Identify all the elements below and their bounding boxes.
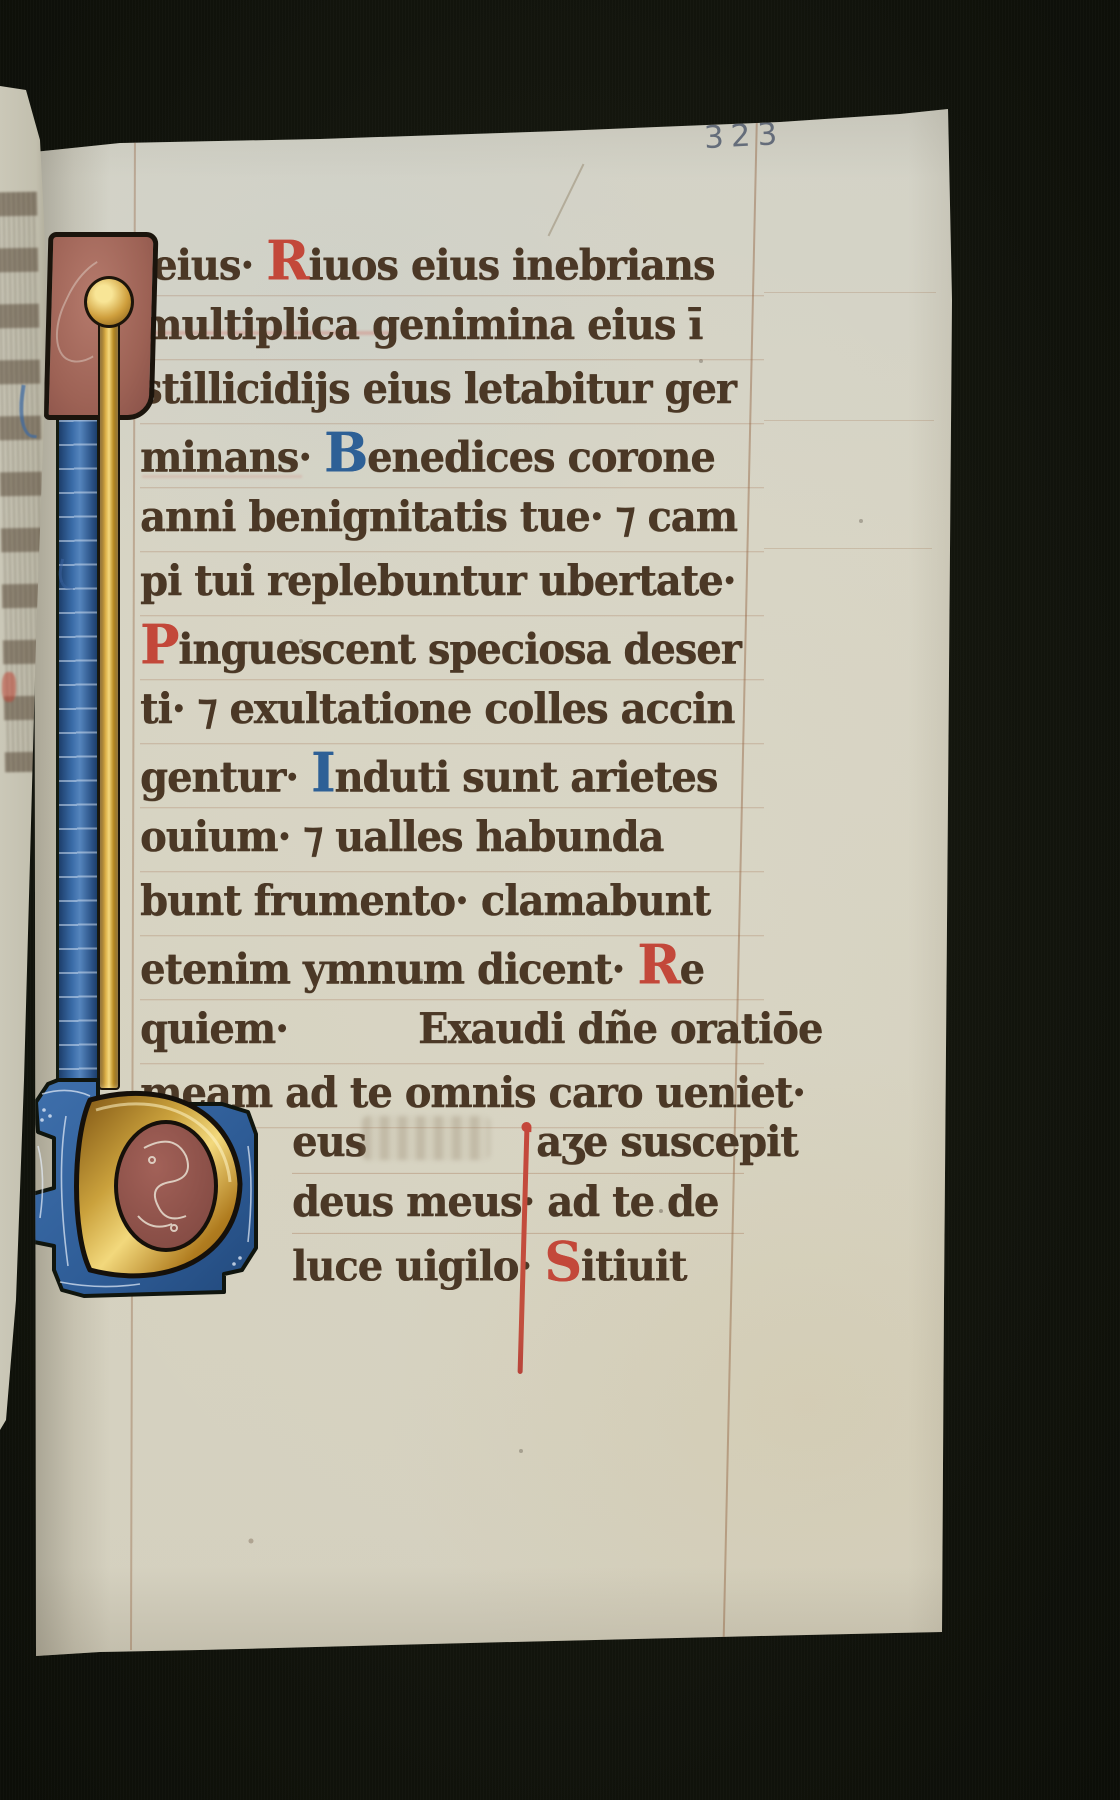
manuscript-text-line: ouium· ⁊ ualles habunda [140, 804, 764, 872]
text-run: pi tui replebuntur ubertate· [140, 556, 735, 605]
manuscript-text-line: Pinguescent speciosa deser [140, 612, 764, 680]
manuscript-text-line: anni benignitatis tue· ⁊ cam [140, 484, 764, 552]
text-run: ouium· ⁊ ualles habunda [140, 812, 663, 861]
manuscript-text-line: etenim ymnum dicent· Re [140, 932, 764, 1000]
text-run: multiplica genimina eius ī [140, 300, 702, 349]
text-run: iuos eius inebrians [308, 241, 714, 290]
text-run: deus meus· ad te de [292, 1177, 718, 1226]
manuscript-text-line: gentur· Induti sunt arietes [140, 740, 764, 808]
photograph-of-manuscript: 323 eius· Riuos eius inebrians multiplic… [0, 0, 1120, 1800]
text-run: anni benignitatis tue· ⁊ cam [140, 492, 737, 541]
gold-knob-icon [84, 276, 134, 328]
text-run: ti· ⁊ exultatione colles accin [140, 684, 734, 733]
text-run: eus [292, 1117, 366, 1166]
manuscript-text-line: pi tui replebuntur ubertate· [140, 548, 764, 616]
manuscript-text-line: minans· Benedices corone [140, 420, 764, 488]
manuscript-text-line: deus meus· ad te de [292, 1172, 744, 1234]
erased-text-smudge [362, 1116, 490, 1160]
text-run: aʒe suscepit [536, 1117, 798, 1166]
text-run: itiuit [581, 1241, 687, 1290]
manuscript-page: 323 eius· Riuos eius inebrians multiplic… [0, 0, 1120, 1800]
text-run: quiem· [140, 1004, 288, 1053]
folio-number: 323 [703, 116, 785, 156]
text-run: enedices corone [367, 433, 715, 482]
text-run: e [679, 945, 703, 994]
manuscript-text-line: quiem·Exaudi dñe oratiōe [140, 996, 764, 1064]
manuscript-text-line: ti· ⁊ exultatione colles accin [140, 676, 764, 744]
text-run: inguescent speciosa deser [178, 625, 741, 674]
manuscript-text-line: luce uigilo· Sitiuit [292, 1232, 744, 1293]
text-run: bunt frumento· clamabunt [140, 876, 710, 925]
ruling-extension [764, 420, 934, 421]
versal-initial: R [637, 933, 679, 997]
text-run: luce uigilo· [292, 1241, 544, 1290]
gold-rod-border [98, 298, 120, 1090]
illuminated-initial-D [26, 1076, 262, 1302]
versal-initial: P [140, 613, 178, 677]
versal-initial: B [324, 421, 367, 485]
versal-initial: S [544, 1230, 581, 1294]
text-run: stillicidijs eius letabitur ger [140, 364, 736, 413]
versal-initial: R [266, 229, 308, 293]
parchment-specks [0, 0, 2, 2]
text-run: nduti sunt arietes [334, 753, 717, 802]
text-run: gentur· [140, 753, 311, 802]
blue-bar-border [56, 410, 100, 1092]
ruling-extension [764, 548, 932, 549]
manuscript-text-line: eusaʒe suscepit [292, 1112, 744, 1174]
manuscript-text-line: eius· Riuos eius inebrians [152, 228, 764, 296]
text-run: etenim ymnum dicent· [140, 945, 637, 994]
previous-leaf-red-initial [2, 672, 16, 702]
manuscript-text-line: stillicidijs eius letabitur ger [140, 356, 764, 424]
text-run: Exaudi dñe oratiōe [418, 1004, 822, 1053]
versal-initial: I [311, 741, 334, 805]
text-run: minans· [140, 433, 324, 482]
manuscript-text-line: bunt frumento· clamabunt [140, 868, 764, 936]
manuscript-text-line: multiplica genimina eius ī [140, 292, 764, 360]
ruling-extension [764, 292, 936, 293]
text-run: eius· [152, 241, 266, 290]
